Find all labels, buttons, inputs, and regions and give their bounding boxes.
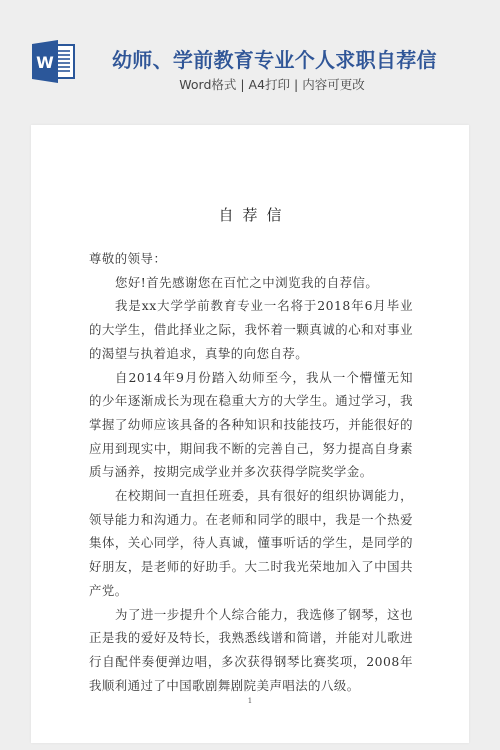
page-number: 1 bbox=[31, 697, 469, 705]
paragraph: 您好!首先感谢您在百忙之中浏览我的自荐信。 bbox=[89, 271, 413, 295]
paragraph: 为了进一步提升个人综合能力，我选修了钢琴，这也正是我的爱好及特长，我熟悉线谱和简… bbox=[89, 603, 413, 698]
salutation: 尊敬的领导： bbox=[89, 247, 413, 271]
page-subtitle: Word格式 | A4打印 | 内容可更改 bbox=[112, 75, 432, 93]
document-body: 尊敬的领导： 您好!首先感谢您在百忙之中浏览我的自荐信。 我是xx大学学前教育专… bbox=[89, 247, 413, 697]
paragraph: 自2014年9月份踏入幼师至今，我从一个懵懂无知的少年逐渐成长为现在稳重大方的大… bbox=[89, 366, 413, 485]
header: W 幼师、学前教育专业个人求职自荐信 Word格式 | A4打印 | 内容可更改 bbox=[0, 0, 500, 110]
paragraph: 在校期间一直担任班委，具有很好的组织协调能力，领导能力和沟通力。在老师和同学的眼… bbox=[89, 484, 413, 603]
document-page: 自荐信 尊敬的领导： 您好!首先感谢您在百忙之中浏览我的自荐信。 我是xx大学学… bbox=[31, 125, 469, 743]
page-title: 幼师、学前教育专业个人求职自荐信 bbox=[112, 44, 432, 73]
word-icon: W bbox=[32, 40, 77, 83]
svg-text:W: W bbox=[36, 53, 54, 72]
document-heading: 自荐信 bbox=[31, 204, 469, 225]
paragraph: 我是xx大学学前教育专业一名将于2018年6月毕业的大学生，借此择业之际，我怀着… bbox=[89, 294, 413, 365]
